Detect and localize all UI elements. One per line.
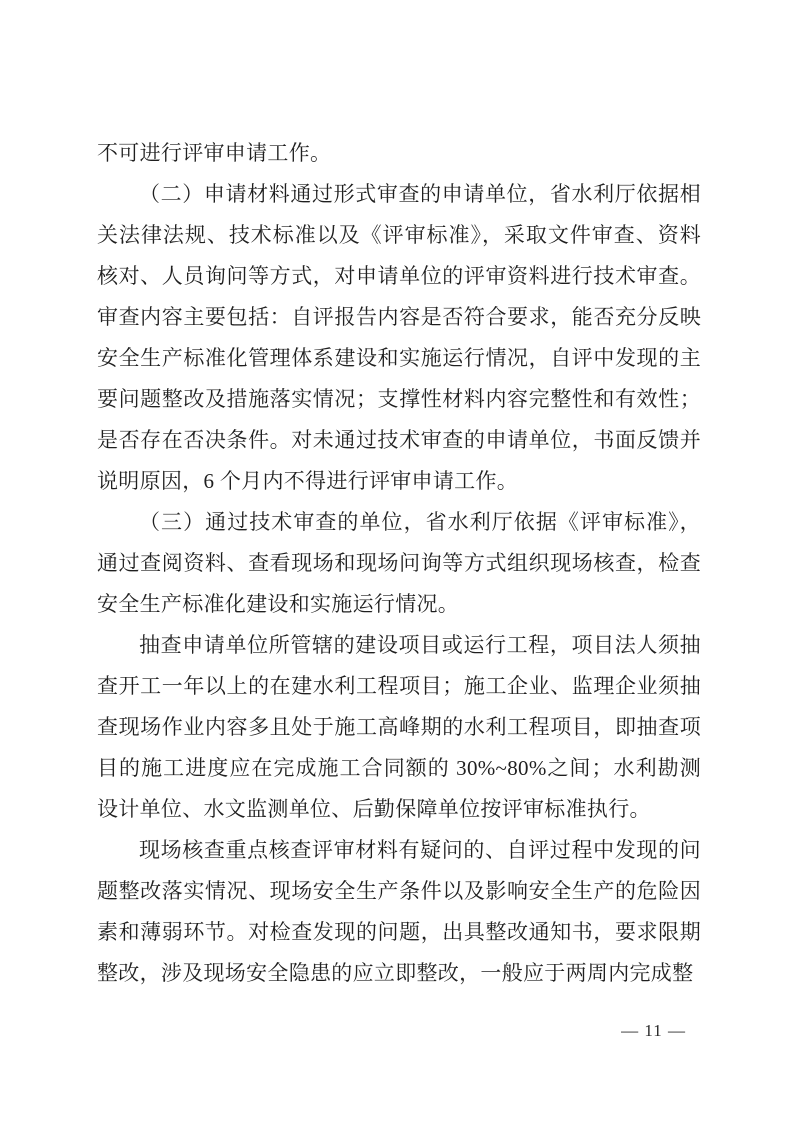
paragraph-item-3: （三）通过技术审查的单位，省水利厅依据《评审标准》，通过查阅资料、查看现场和现场… <box>97 502 701 625</box>
paragraph-site-verification: 现场核查重点核查评审材料有疑问的、自评过程中发现的问题整改落实情况、现场安全生产… <box>97 830 701 994</box>
paragraph-item-2: （二）申请材料通过形式审查的申请单位，省水利厅依据相关法律法规、技术标准以及《评… <box>97 174 701 502</box>
document-body: 不可进行评审申请工作。 （二）申请材料通过形式审查的申请单位，省水利厅依据相关法… <box>97 133 701 994</box>
page-number: — 11 — <box>621 1021 686 1041</box>
document-page: 不可进行评审申请工作。 （二）申请材料通过形式审查的申请单位，省水利厅依据相关法… <box>0 0 794 1123</box>
paragraph-continuation: 不可进行评审申请工作。 <box>97 133 701 174</box>
paragraph-spot-check: 抽查申请单位所管辖的建设项目或运行工程，项目法人须抽查开工一年以上的在建水利工程… <box>97 625 701 830</box>
